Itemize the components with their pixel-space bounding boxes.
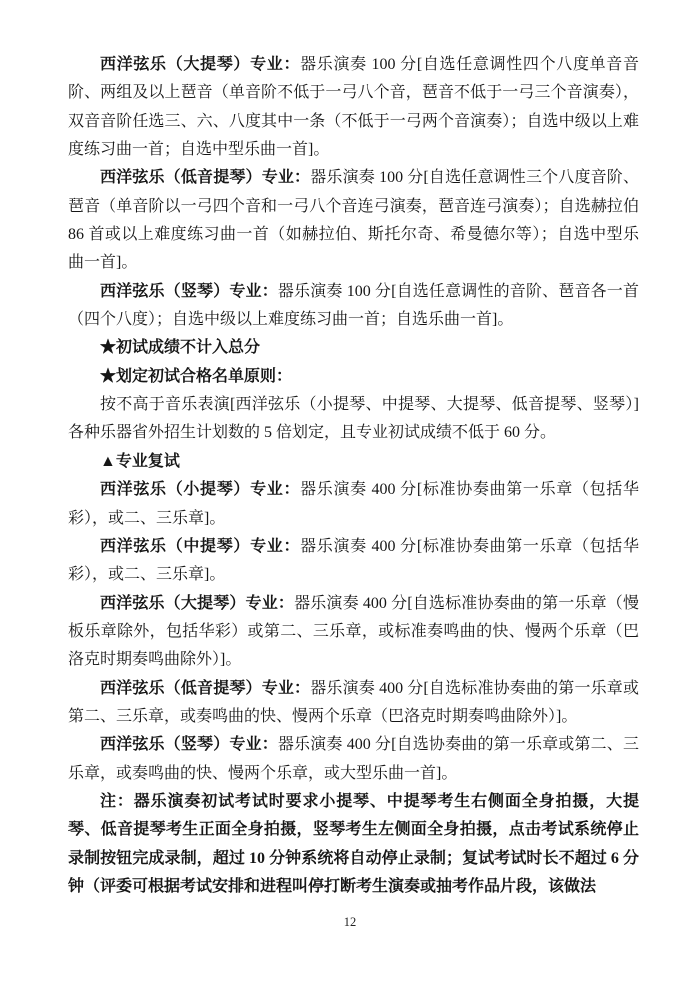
star-heading-label: ★划定初试合格名单原则： — [100, 368, 292, 385]
heading-qualification-rule: ★划定初试合格名单原则： — [68, 363, 639, 391]
para-cello-preliminary: 西洋弦乐（大提琴）专业：器乐演奏 100 分[自选任意调性四个八度单音音阶、两组… — [68, 51, 639, 164]
para-exam-recording-note: 注：器乐演奏初试考试时要求小提琴、中提琴考生右侧面全身拍摄，大提琴、低音提琴考生… — [68, 788, 639, 901]
para-lead: 西洋弦乐（竖琴）专业： — [100, 283, 278, 300]
para-doublebass-retest: 西洋弦乐（低音提琴）专业：器乐演奏 400 分[自选标准协奏曲的第一乐章或第二、… — [68, 675, 639, 732]
heading-retest: ▲专业复试 — [68, 448, 639, 476]
para-lead: 西洋弦乐（竖琴）专业： — [100, 736, 278, 753]
note-label: 注： — [100, 793, 134, 810]
para-qualification-rule: 按不高于音乐表演[西洋弦乐（小提琴、中提琴、大提琴、低音提琴、竖琴）]各种乐器省… — [68, 391, 639, 448]
para-doublebass-preliminary: 西洋弦乐（低音提琴）专业：器乐演奏 100 分[自选任意调性三个八度音阶、琶音（… — [68, 164, 639, 277]
para-body: 按不高于音乐表演[西洋弦乐（小提琴、中提琴、大提琴、低音提琴、竖琴）]各种乐器省… — [68, 396, 639, 441]
para-viola-retest: 西洋弦乐（中提琴）专业：器乐演奏 400 分[标准协奏曲第一乐章（包括华彩），或… — [68, 533, 639, 590]
note-body: 器乐演奏初试考试时要求小提琴、中提琴考生右侧面全身拍摄，大提琴、低音提琴考生正面… — [68, 793, 639, 895]
document-page: 西洋弦乐（大提琴）专业：器乐演奏 100 分[自选任意调性四个八度单音音阶、两组… — [0, 0, 700, 990]
para-cello-retest: 西洋弦乐（大提琴）专业：器乐演奏 400 分[自选标准协奏曲的第一乐章（慢板乐章… — [68, 590, 639, 675]
para-violin-retest: 西洋弦乐（小提琴）专业：器乐演奏 400 分[标准协奏曲第一乐章（包括华彩），或… — [68, 476, 639, 533]
para-lead: 西洋弦乐（中提琴）专业： — [100, 538, 300, 555]
triangle-heading-label: ▲专业复试 — [100, 453, 180, 470]
para-harp-retest: 西洋弦乐（竖琴）专业：器乐演奏 400 分[自选协奏曲的第一乐章或第二、三乐章，… — [68, 731, 639, 788]
para-lead: 西洋弦乐（大提琴）专业： — [100, 56, 300, 73]
para-lead: 西洋弦乐（低音提琴）专业： — [100, 169, 310, 186]
para-lead: 西洋弦乐（低音提琴）专业： — [100, 680, 310, 697]
para-lead: 西洋弦乐（大提琴）专业： — [100, 595, 294, 612]
page-number: 12 — [0, 915, 700, 930]
para-lead: 西洋弦乐（小提琴）专业： — [100, 481, 300, 498]
document-body: 西洋弦乐（大提琴）专业：器乐演奏 100 分[自选任意调性四个八度单音音阶、两组… — [68, 51, 639, 901]
para-harp-preliminary: 西洋弦乐（竖琴）专业：器乐演奏 100 分[自选任意调性的音阶、琶音各一首（四个… — [68, 278, 639, 335]
note-preliminary-score: ★初试成绩不计入总分 — [68, 334, 639, 362]
star-note-label: ★初试成绩不计入总分 — [100, 339, 260, 356]
